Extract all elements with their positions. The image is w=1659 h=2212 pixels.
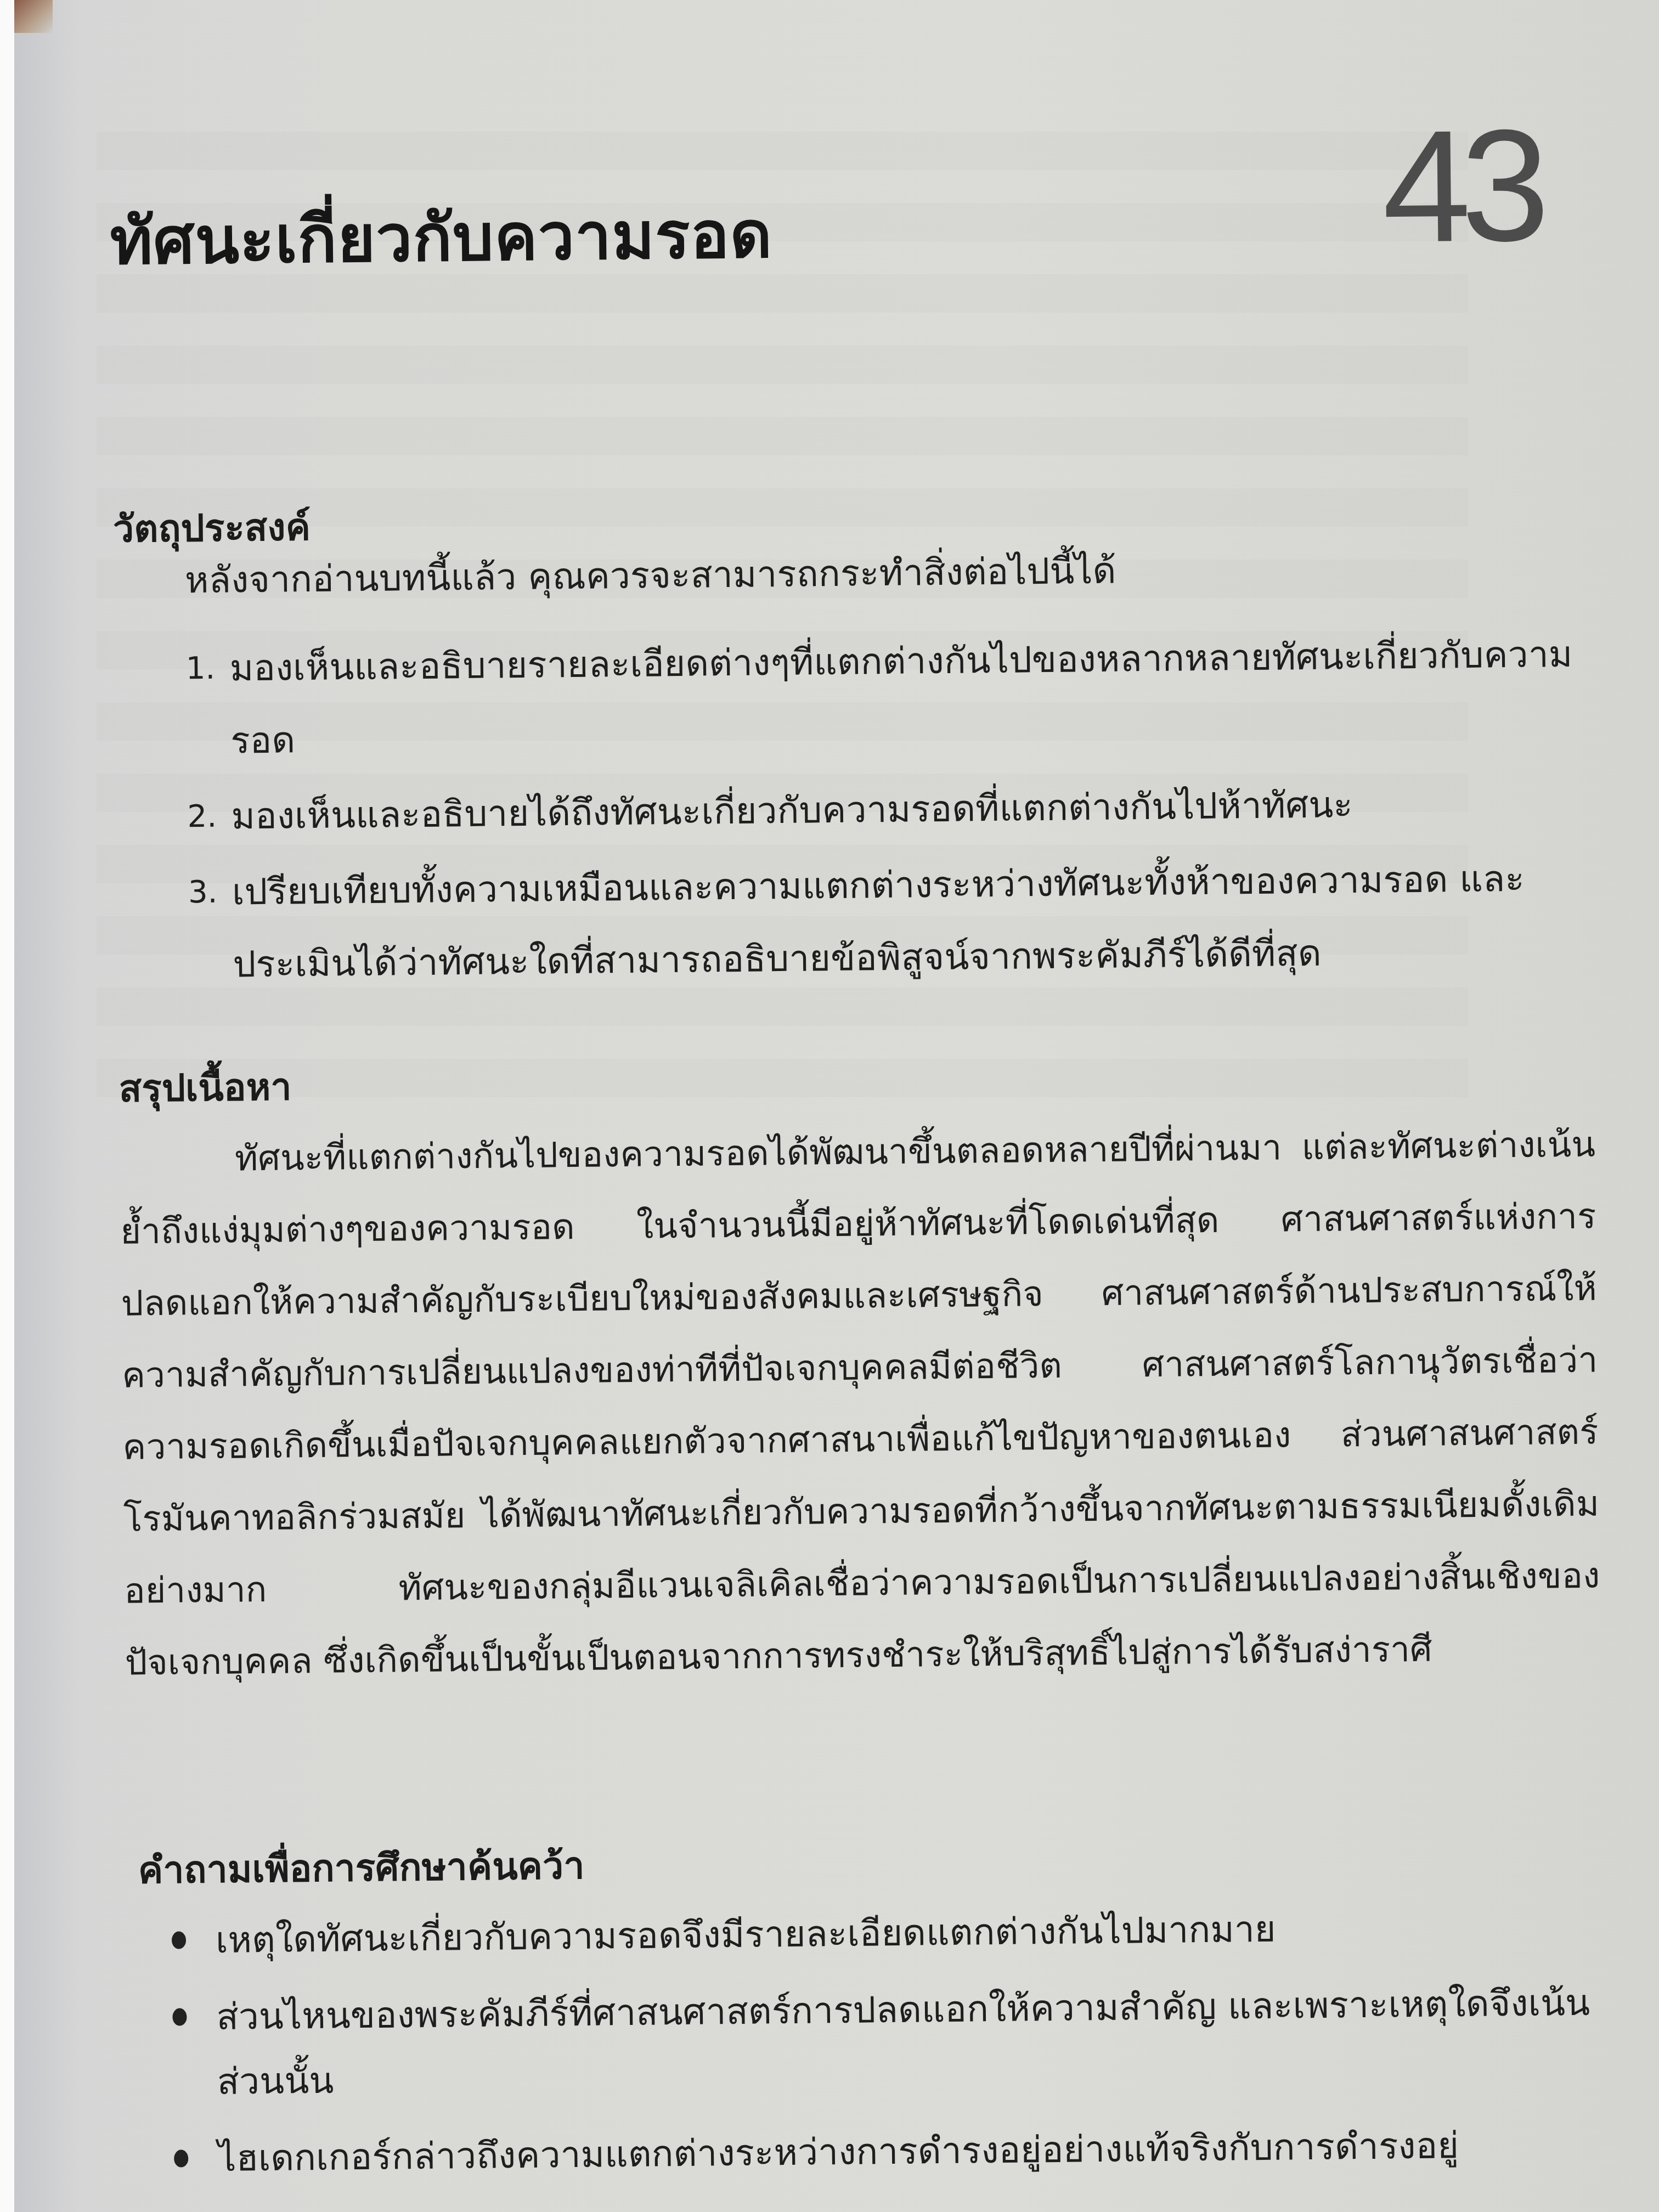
objective-item: 1. มองเห็นและอธิบายรายละเอียดต่างๆที่แตก…	[185, 618, 1592, 778]
summary-heading: สรุปเนื้อหา	[119, 1065, 292, 1111]
bullet-icon	[174, 2126, 218, 2192]
study-question-text: เหตุใดทัศนะเกี่ยวกับความรอดจึงมีรายละเอี…	[215, 1893, 1609, 1973]
objective-number: 3.	[188, 856, 233, 1002]
objectives-intro: หลังจากอ่านบทนี้แล้ว คุณควรจะสามารถกระทำ…	[185, 549, 1116, 602]
objective-item: 2. มองเห็นและอธิบายได้ถึงทัศนะเกี่ยวกับค…	[187, 766, 1592, 854]
study-questions-heading: คำถามเพื่อการศึกษาค้นคว้า	[138, 1844, 585, 1893]
objective-text: มองเห็นและอธิบายได้ถึงทัศนะเกี่ยวกับความ…	[231, 766, 1592, 853]
study-question-item: ไฮเดกเกอร์กล่าวถึงความแตกต่างระหว่างการด…	[174, 2112, 1612, 2191]
bullet-icon	[171, 1908, 216, 1973]
study-question-text: ไฮเดกเกอร์กล่าวถึงความแตกต่างระหว่างการด…	[218, 2112, 1612, 2191]
chapter-title: ทัศนะเกี่ยวกับความรอด	[110, 196, 773, 280]
page-left-edge	[0, 0, 14, 2212]
study-questions-list: เหตุใดทัศนะเกี่ยวกับความรอดจึงมีรายละเอี…	[171, 1893, 1611, 2203]
book-page: 43 ทัศนะเกี่ยวกับความรอด วัตถุประสงค์ หล…	[14, 0, 1659, 2212]
objective-number: 2.	[187, 781, 232, 854]
objectives-list: 1. มองเห็นและอธิบายรายละเอียดต่างๆที่แตก…	[185, 618, 1594, 1005]
study-question-item: ส่วนไหนของพระคัมภีร์ที่ศาสนศาสตร์การปลดแ…	[172, 1970, 1611, 2114]
objective-number: 1.	[185, 633, 231, 778]
objective-item: 3. เปรียบเทียบทั้งความเหมือนและความแตกต่…	[188, 842, 1594, 1002]
objective-text: มองเห็นและอธิบายรายละเอียดต่างๆที่แตกต่า…	[229, 618, 1592, 777]
bullet-icon	[172, 1985, 217, 2115]
objective-text: เปรียบเทียบทั้งความเหมือนและความแตกต่างร…	[232, 842, 1594, 1001]
study-question-item: เหตุใดทัศนะเกี่ยวกับความรอดจึงมีรายละเอี…	[171, 1893, 1609, 1973]
study-question-text: ส่วนไหนของพระคัมภีร์ที่ศาสนศาสตร์การปลดแ…	[216, 1970, 1611, 2114]
summary-paragraph: ทัศนะที่แตกต่างกันไปของความรอดได้พัฒนาขึ…	[119, 1109, 1601, 1700]
objectives-heading: วัตถุประสงค์	[113, 505, 311, 552]
corner-shadow	[14, 0, 53, 33]
chapter-number: 43	[1381, 105, 1541, 266]
